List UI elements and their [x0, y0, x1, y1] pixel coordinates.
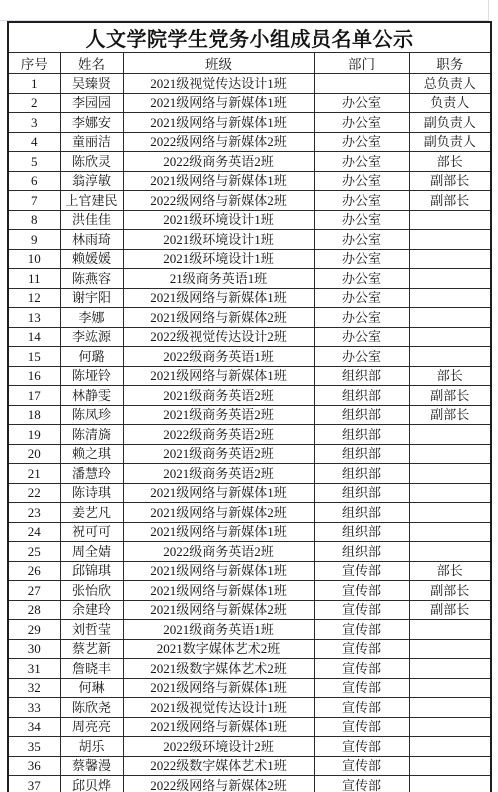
header-row: 序号姓名班级部门职务: [8, 53, 491, 74]
table-row: 19陈清旖2022级商务英语2班组织部: [8, 425, 491, 445]
position-cell: 副部长: [409, 405, 491, 425]
position-cell: 副负责人: [409, 113, 491, 133]
name-cell: 上官建民: [60, 191, 123, 211]
row-index-cell: 19: [8, 425, 60, 445]
position-cell: [409, 620, 491, 640]
department-cell: 办公室: [314, 132, 409, 152]
position-cell: [409, 210, 491, 230]
row-index-cell: 9: [8, 230, 60, 250]
position-cell: [409, 678, 491, 698]
name-cell: 赖媛媛: [60, 249, 123, 269]
class-cell: 21级商务英语1班: [123, 269, 314, 289]
position-cell: [409, 483, 491, 503]
name-cell: 吴臻贤: [60, 74, 123, 94]
row-index-cell: 23: [8, 503, 60, 523]
department-cell: 宣传部: [314, 600, 409, 620]
position-cell: [409, 230, 491, 250]
table-row: 12谢宇阳2021级网络与新媒体1班办公室: [8, 288, 491, 308]
name-cell: 陈清旖: [60, 425, 123, 445]
department-cell: 办公室: [314, 210, 409, 230]
table-row: 14李竑源2022级视觉传达设计2班办公室: [8, 327, 491, 347]
row-index-cell: 21: [8, 464, 60, 484]
position-cell: [409, 639, 491, 659]
table-row: 18陈凤珍2021级商务英语2班组织部副部长: [8, 405, 491, 425]
row-index-cell: 24: [8, 522, 60, 542]
table-row: 36蔡馨漫2022级数字媒体艺术1班宣传部: [8, 756, 491, 776]
position-cell: [409, 698, 491, 718]
row-index-cell: 37: [8, 776, 60, 792]
department-cell: 宣传部: [314, 620, 409, 640]
department-cell: [314, 74, 409, 94]
class-cell: 2021级网络与新媒体1班: [123, 717, 314, 737]
row-index-cell: 30: [8, 639, 60, 659]
name-cell: 胡乐: [60, 737, 123, 757]
name-cell: 陈诗琪: [60, 483, 123, 503]
table-row: 9林雨琦2021级环境设计1班办公室: [8, 230, 491, 250]
class-cell: 2021级网络与新媒体2班: [123, 503, 314, 523]
class-cell: 2022级商务英语1班: [123, 347, 314, 367]
name-cell: 祝可可: [60, 522, 123, 542]
department-cell: 办公室: [314, 171, 409, 191]
name-cell: 童丽洁: [60, 132, 123, 152]
table-row: 34周亮亮2021级网络与新媒体1班宣传部: [8, 717, 491, 737]
department-cell: 宣传部: [314, 581, 409, 601]
row-index-cell: 36: [8, 756, 60, 776]
class-cell: 2021级网络与新媒体1班: [123, 561, 314, 581]
name-cell: 李竑源: [60, 327, 123, 347]
row-index-cell: 18: [8, 405, 60, 425]
department-cell: 组织部: [314, 425, 409, 445]
position-cell: [409, 347, 491, 367]
department-cell: 宣传部: [314, 678, 409, 698]
class-cell: 2022级环境设计2班: [123, 737, 314, 757]
class-cell: 2022级商务英语2班: [123, 152, 314, 172]
row-index-cell: 25: [8, 542, 60, 562]
class-cell: 2021级视觉传达设计1班: [123, 74, 314, 94]
department-cell: 组织部: [314, 386, 409, 406]
table-row: 5陈欣灵2022级商务英语2班办公室部长: [8, 152, 491, 172]
name-cell: 陈燕容: [60, 269, 123, 289]
department-cell: 办公室: [314, 93, 409, 113]
row-index-cell: 28: [8, 600, 60, 620]
page-edge-right: [488, 0, 489, 22]
department-cell: 宣传部: [314, 639, 409, 659]
class-cell: 2021级环境设计1班: [123, 230, 314, 250]
class-cell: 2021级网络与新媒体1班: [123, 678, 314, 698]
position-cell: 副部长: [409, 581, 491, 601]
row-index-cell: 29: [8, 620, 60, 640]
position-cell: [409, 542, 491, 562]
name-cell: 余建玲: [60, 600, 123, 620]
position-cell: [409, 756, 491, 776]
page-title: 人文学院学生党务小组成员名单公示: [8, 22, 491, 53]
class-cell: 2022级商务英语2班: [123, 542, 314, 562]
table-row: 2李园园2021级网络与新媒体1班办公室负责人: [8, 93, 491, 113]
name-cell: 潘慧玲: [60, 464, 123, 484]
row-index-cell: 14: [8, 327, 60, 347]
department-cell: 宣传部: [314, 659, 409, 679]
name-cell: 陈欣尧: [60, 698, 123, 718]
position-cell: [409, 737, 491, 757]
title-row: 人文学院学生党务小组成员名单公示: [8, 22, 491, 53]
row-index-cell: 12: [8, 288, 60, 308]
column-header-position-cell: 职务: [409, 53, 491, 74]
name-cell: 林雨琦: [60, 230, 123, 250]
class-cell: 2021级商务英语2班: [123, 464, 314, 484]
department-cell: 宣传部: [314, 698, 409, 718]
name-cell: 李娜: [60, 308, 123, 328]
table-row: 16陈垭铃2021级网络与新媒体1班组织部部长: [8, 366, 491, 386]
department-cell: 办公室: [314, 191, 409, 211]
table-row: 6翁淳敏2021级网络与新媒体1班办公室副部长: [8, 171, 491, 191]
class-cell: 2022级网络与新媒体2班: [123, 776, 314, 792]
class-cell: 2022级网络与新媒体2班: [123, 191, 314, 211]
class-cell: 2021级网络与新媒体1班: [123, 93, 314, 113]
department-cell: 组织部: [314, 542, 409, 562]
position-cell: 副部长: [409, 191, 491, 211]
department-cell: 办公室: [314, 347, 409, 367]
position-cell: 部长: [409, 366, 491, 386]
class-cell: 2021级环境设计1班: [123, 249, 314, 269]
row-index-cell: 11: [8, 269, 60, 289]
name-cell: 詹晓丰: [60, 659, 123, 679]
class-cell: 2022级视觉传达设计2班: [123, 327, 314, 347]
name-cell: 蔡馨漫: [60, 756, 123, 776]
table-row: 15何璐2022级商务英语1班办公室: [8, 347, 491, 367]
department-cell: 办公室: [314, 327, 409, 347]
position-cell: [409, 308, 491, 328]
department-cell: 组织部: [314, 483, 409, 503]
table-row: 13李娜2021级网络与新媒体2班办公室: [8, 308, 491, 328]
name-cell: 邱贝烨: [60, 776, 123, 792]
department-cell: 办公室: [314, 230, 409, 250]
table-row: 33陈欣尧2021级视觉传达设计1班宣传部: [8, 698, 491, 718]
table-row: 1吴臻贤2021级视觉传达设计1班 总负责人: [8, 74, 491, 94]
row-index-cell: 3: [8, 113, 60, 133]
name-cell: 洪佳佳: [60, 210, 123, 230]
position-cell: [409, 269, 491, 289]
department-cell: 组织部: [314, 503, 409, 523]
position-cell: 副部长: [409, 600, 491, 620]
position-cell: [409, 717, 491, 737]
position-cell: [409, 327, 491, 347]
row-index-cell: 2: [8, 93, 60, 113]
table-row: 20赖之琪2021级商务英语2班组织部: [8, 444, 491, 464]
column-header-row-index-cell: 序号: [8, 53, 60, 74]
class-cell: 2022级商务英语2班: [123, 425, 314, 445]
department-cell: 宣传部: [314, 717, 409, 737]
class-cell: 2021级网络与新媒体2班: [123, 308, 314, 328]
department-cell: 办公室: [314, 249, 409, 269]
class-cell: 2021级网络与新媒体1班: [123, 171, 314, 191]
class-cell: 2021级数字媒体艺术2班: [123, 659, 314, 679]
row-index-cell: 8: [8, 210, 60, 230]
row-index-cell: 34: [8, 717, 60, 737]
row-index-cell: 13: [8, 308, 60, 328]
row-index-cell: 27: [8, 581, 60, 601]
position-cell: [409, 503, 491, 523]
column-header-name-cell: 姓名: [60, 53, 123, 74]
class-cell: 2021级视觉传达设计1班: [123, 698, 314, 718]
table-row: 8洪佳佳2021级环境设计1班办公室: [8, 210, 491, 230]
position-cell: 副部长: [409, 171, 491, 191]
class-cell: 2021级网络与新媒体1班: [123, 581, 314, 601]
name-cell: 邱锦琪: [60, 561, 123, 581]
position-cell: [409, 249, 491, 269]
department-cell: 办公室: [314, 152, 409, 172]
position-cell: 部长: [409, 561, 491, 581]
row-index-cell: 33: [8, 698, 60, 718]
position-cell: 总负责人: [409, 74, 491, 94]
column-header-department-cell: 部门: [314, 53, 409, 74]
class-cell: 2021级网络与新媒体1班: [123, 113, 314, 133]
class-cell: 2021级网络与新媒体1班: [123, 366, 314, 386]
row-index-cell: 20: [8, 444, 60, 464]
position-cell: [409, 464, 491, 484]
table-row: 26邱锦琪2021级网络与新媒体1班宣传部部长: [8, 561, 491, 581]
name-cell: 赖之琪: [60, 444, 123, 464]
department-cell: 宣传部: [314, 756, 409, 776]
name-cell: 刘哲莹: [60, 620, 123, 640]
table-row: 27张怡欣2021级网络与新媒体1班宣传部副部长: [8, 581, 491, 601]
class-cell: 2022级数字媒体艺术1班: [123, 756, 314, 776]
row-index-cell: 6: [8, 171, 60, 191]
department-cell: 组织部: [314, 405, 409, 425]
row-index-cell: 35: [8, 737, 60, 757]
department-cell: 组织部: [314, 464, 409, 484]
name-cell: 姜艺凡: [60, 503, 123, 523]
class-cell: 2021级网络与新媒体1班: [123, 288, 314, 308]
class-cell: 2021级网络与新媒体1班: [123, 522, 314, 542]
department-cell: 组织部: [314, 444, 409, 464]
position-cell: [409, 288, 491, 308]
department-cell: 办公室: [314, 308, 409, 328]
position-cell: 部长: [409, 152, 491, 172]
roster-table: 人文学院学生党务小组成员名单公示 序号姓名班级部门职务 1吴臻贤2021级视觉传…: [7, 21, 492, 792]
class-cell: 2021级环境设计1班: [123, 210, 314, 230]
row-index-cell: 4: [8, 132, 60, 152]
department-cell: 办公室: [314, 288, 409, 308]
table-row: 35胡乐2022级环境设计2班宣传部: [8, 737, 491, 757]
table-row: 23姜艺凡2021级网络与新媒体2班组织部: [8, 503, 491, 523]
department-cell: 组织部: [314, 366, 409, 386]
row-index-cell: 17: [8, 386, 60, 406]
table-row: 17林静雯2021级商务英语2班组织部副部长: [8, 386, 491, 406]
table-row: 3李娜安2021级网络与新媒体1班办公室副负责人: [8, 113, 491, 133]
row-index-cell: 15: [8, 347, 60, 367]
table-row: 25周全婧2022级商务英语2班组织部: [8, 542, 491, 562]
position-cell: 副部长: [409, 386, 491, 406]
name-cell: 周全婧: [60, 542, 123, 562]
class-cell: 2021数字媒体艺术2班: [123, 639, 314, 659]
name-cell: 何璐: [60, 347, 123, 367]
table-row: 29刘哲莹2021级商务英语1班宣传部: [8, 620, 491, 640]
position-cell: [409, 444, 491, 464]
row-index-cell: 1: [8, 74, 60, 94]
position-cell: 负责人: [409, 93, 491, 113]
class-cell: 2021级网络与新媒体1班: [123, 483, 314, 503]
name-cell: 陈垭铃: [60, 366, 123, 386]
table-row: 7上官建民2022级网络与新媒体2班办公室副部长: [8, 191, 491, 211]
name-cell: 林静雯: [60, 386, 123, 406]
row-index-cell: 22: [8, 483, 60, 503]
row-index-cell: 10: [8, 249, 60, 269]
class-cell: 2021级商务英语2班: [123, 386, 314, 406]
class-cell: 2022级网络与新媒体2班: [123, 132, 314, 152]
class-cell: 2021级网络与新媒体2班: [123, 600, 314, 620]
name-cell: 李娜安: [60, 113, 123, 133]
department-cell: 组织部: [314, 522, 409, 542]
position-cell: [409, 776, 491, 792]
department-cell: 办公室: [314, 269, 409, 289]
table-row: 28余建玲2021级网络与新媒体2班宣传部副部长: [8, 600, 491, 620]
table-row: 32何琳2021级网络与新媒体1班宣传部: [8, 678, 491, 698]
name-cell: 张怡欣: [60, 581, 123, 601]
row-index-cell: 31: [8, 659, 60, 679]
table-row: 37邱贝烨2022级网络与新媒体2班宣传部: [8, 776, 491, 792]
department-cell: 宣传部: [314, 776, 409, 792]
name-cell: 陈欣灵: [60, 152, 123, 172]
name-cell: 翁淳敏: [60, 171, 123, 191]
table-row: 10赖媛媛2021级环境设计1班办公室: [8, 249, 491, 269]
name-cell: 周亮亮: [60, 717, 123, 737]
class-cell: 2021级商务英语2班: [123, 444, 314, 464]
name-cell: 谢宇阳: [60, 288, 123, 308]
row-index-cell: 7: [8, 191, 60, 211]
position-cell: [409, 659, 491, 679]
row-index-cell: 5: [8, 152, 60, 172]
table-row: 24祝可可2021级网络与新媒体1班组织部: [8, 522, 491, 542]
name-cell: 李园园: [60, 93, 123, 113]
table-row: 4童丽洁2022级网络与新媒体2班办公室副负责人: [8, 132, 491, 152]
row-index-cell: 26: [8, 561, 60, 581]
position-cell: [409, 522, 491, 542]
row-index-cell: 16: [8, 366, 60, 386]
column-header-class-cell: 班级: [123, 53, 314, 74]
class-cell: 2021级商务英语1班: [123, 620, 314, 640]
department-cell: 办公室: [314, 113, 409, 133]
position-cell: 副负责人: [409, 132, 491, 152]
table-row: 21潘慧玲2021级商务英语2班组织部: [8, 464, 491, 484]
name-cell: 蔡艺新: [60, 639, 123, 659]
name-cell: 陈凤珍: [60, 405, 123, 425]
class-cell: 2021级商务英语2班: [123, 405, 314, 425]
row-index-cell: 32: [8, 678, 60, 698]
roster-table-container: 人文学院学生党务小组成员名单公示 序号姓名班级部门职务 1吴臻贤2021级视觉传…: [7, 21, 492, 792]
table-row: 31詹晓丰2021级数字媒体艺术2班宣传部: [8, 659, 491, 679]
table-row: 11陈燕容21级商务英语1班办公室: [8, 269, 491, 289]
table-row: 30蔡艺新2021数字媒体艺术2班宣传部: [8, 639, 491, 659]
department-cell: 宣传部: [314, 737, 409, 757]
table-row: 22陈诗琪2021级网络与新媒体1班组织部: [8, 483, 491, 503]
name-cell: 何琳: [60, 678, 123, 698]
position-cell: [409, 425, 491, 445]
department-cell: 宣传部: [314, 561, 409, 581]
